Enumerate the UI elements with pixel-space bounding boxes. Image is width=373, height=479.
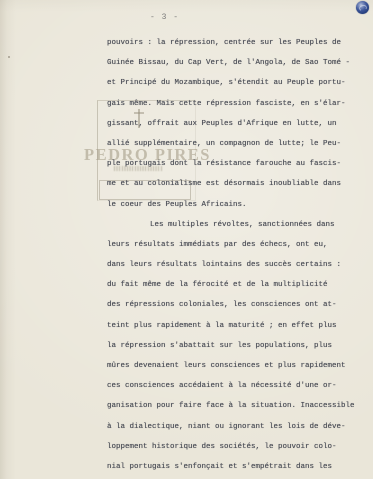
text-line: le coeur des Peuples Africains. bbox=[107, 195, 367, 215]
text-line: leurs résultats immédiats par des échecs… bbox=[107, 235, 367, 255]
text-line: et Principé du Mozambique, s'étendit au … bbox=[107, 73, 367, 93]
text-line: me et au colonialisme est désormais inou… bbox=[107, 174, 367, 194]
text-line: gissant, offrait aux Peuples d'Afrique e… bbox=[107, 114, 367, 134]
text-line: mûres devenaient leurs consciences et pl… bbox=[107, 356, 367, 376]
page-number: - 3 - bbox=[150, 13, 196, 22]
text-line: allié supplémentaire, un compagnon de lu… bbox=[107, 134, 367, 154]
text-line: Les multiples révoltes, sanctionnées dan… bbox=[107, 215, 367, 235]
text-line: ple portugais dont la résistance farouch… bbox=[107, 154, 367, 174]
paragraph: pouvoirs : la répression, centrée sur le… bbox=[107, 33, 367, 215]
text-line: ces consciences accédaient à la nécessit… bbox=[107, 376, 367, 396]
text-line: teint plus rapidement à la maturité ; en… bbox=[107, 316, 367, 336]
document-text: pouvoirs : la répression, centrée sur le… bbox=[107, 33, 367, 477]
text-line: ganisation pour faire face à la situatio… bbox=[107, 396, 367, 416]
text-line: Guinée Bissau, du Cap Vert, de l'Angola,… bbox=[107, 53, 367, 73]
paper-speck bbox=[8, 56, 10, 58]
text-line: des répressions coloniales, les conscien… bbox=[107, 295, 367, 315]
text-line: pouvoirs : la répression, centrée sur le… bbox=[107, 33, 367, 53]
document-page: - 3 - PEDRO PIRES pouvoirs : la répressi… bbox=[0, 0, 373, 479]
text-line: gais même. Mais cette répression fascist… bbox=[107, 94, 367, 114]
text-line: dans leurs résultats lointains des succè… bbox=[107, 255, 367, 275]
text-line: la répression s'abattait sur les populat… bbox=[107, 336, 367, 356]
paragraph: Les multiples révoltes, sanctionnées dan… bbox=[107, 215, 367, 477]
text-line: loppement historique des sociétés, le po… bbox=[107, 437, 367, 457]
library-stamp-icon bbox=[356, 1, 369, 14]
text-line: à la dialectique, niant ou ignorant les … bbox=[107, 417, 367, 437]
text-line: du fait même de la férocité et de la mul… bbox=[107, 275, 367, 295]
text-line: nial portugais s'enfonçait et s'empétrai… bbox=[107, 457, 367, 477]
